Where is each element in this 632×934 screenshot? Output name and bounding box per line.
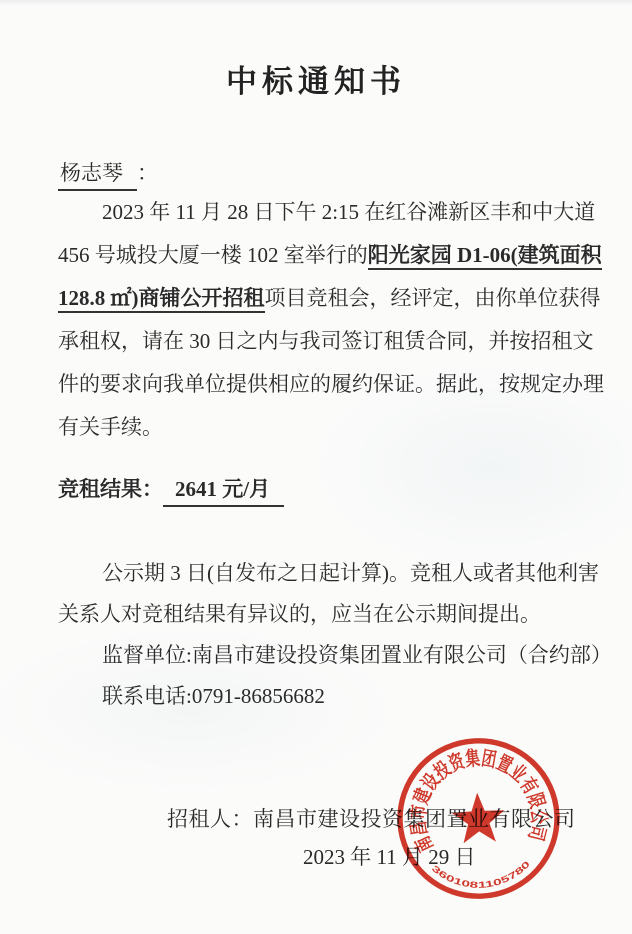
text-line: 456 号城投大厦一楼 102 室举行的阳光家园 D1-06(建筑面积 [58, 234, 583, 277]
text-line: 承租权，请在 30 日之内与我司签订租赁合同，并按招租文 [58, 320, 583, 363]
highlighted-underlined-text: 阳光家园 D1-06(建筑面积 [368, 243, 602, 270]
bid-result-line: 竞租结果：2641 元/月 [58, 473, 284, 507]
bid-result-value: 2641 元/月 [163, 473, 284, 507]
public-notice-paragraph: 公示期 3 日(自发布之日起计算)。竞租人或者其他利害关系人对竞租结果有异议的，… [58, 553, 583, 717]
star-icon [451, 791, 506, 844]
body-text: 件的要求向我单位提供相应的履约保证。据此，按规定办理 [58, 372, 604, 396]
bid-result-label: 竞租结果： [58, 477, 163, 501]
scanned-document-page: 中标通知书 杨志琴： 2023 年 11 月 28 日下午 2:15 在红谷滩新… [0, 0, 632, 934]
body-text: 承租权，请在 30 日之内与我司签订租赁合同，并按招租文 [58, 329, 594, 353]
body-text: 关系人对竞租结果有异议的，应当在公示期间提出。 [58, 602, 541, 626]
text-line: 128.8 ㎡)商铺公开招租项目竞租会，经评定，由你单位获得 [58, 277, 583, 320]
body-text: 联系电话:0791-86856682 [102, 684, 325, 708]
body-text: 456 号城投大厦一楼 102 室举行的 [58, 243, 368, 267]
text-line: 公示期 3 日(自发布之日起计算)。竞租人或者其他利害 [58, 553, 583, 594]
text-line: 2023 年 11 月 28 日下午 2:15 在红谷滩新区丰和中大道 [58, 191, 583, 234]
body-text: 项目竞租会，经评定，由你单位获得 [265, 286, 601, 310]
body-text: 2023 年 11 月 28 日下午 2:15 在红谷滩新区丰和中大道 [102, 200, 595, 224]
body-paragraph-1: 2023 年 11 月 28 日下午 2:15 在红谷滩新区丰和中大道456 号… [58, 191, 583, 449]
addressee-name: 杨志琴 [58, 157, 137, 191]
text-line: 联系电话:0791-86856682 [58, 676, 583, 717]
body-text: 有关手续。 [58, 415, 163, 439]
company-seal: 南昌市建设投资集团置业有限公司 3601081105780 [389, 731, 569, 907]
highlighted-underlined-text: 128.8 ㎡)商铺公开招租 [58, 286, 265, 313]
document-title: 中标通知书 [0, 56, 632, 101]
text-line: 关系人对竞租结果有异议的，应当在公示期间提出。 [58, 594, 583, 635]
text-line: 件的要求向我单位提供相应的履约保证。据此，按规定办理 [58, 363, 583, 406]
addressee-colon: ： [137, 161, 158, 185]
body-text: 监督单位:南昌市建设投资集团置业有限公司（合约部） [102, 643, 612, 667]
addressee-line: 杨志琴： [58, 157, 158, 191]
body-text: 公示期 3 日(自发布之日起计算)。竞租人或者其他利害 [102, 561, 599, 585]
text-line: 有关手续。 [58, 406, 583, 449]
text-line: 监督单位:南昌市建设投资集团置业有限公司（合约部） [58, 635, 583, 676]
